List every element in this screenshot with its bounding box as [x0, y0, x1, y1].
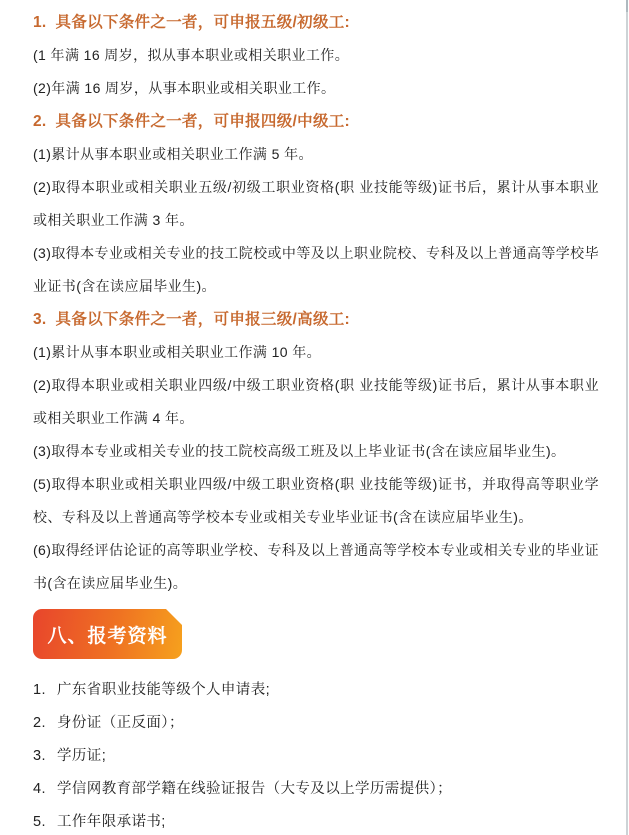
requirement-paragraph: (3)取得本专业或相关专业的技工院校高级工班及以上毕业证书(含在读应届毕业生)。 [33, 435, 599, 468]
section-heading-text: 具备以下条件之一者，可申报五级/初级工: [56, 6, 350, 39]
requirement-paragraph: (1)累计从事本职业或相关职业工作满 5 年。 [33, 138, 599, 171]
requirement-paragraph: (1)累计从事本职业或相关职业工作满 10 年。 [33, 336, 599, 369]
materials-list-item: 4. 学信网教育部学籍在线验证报告（大专及以上学历需提供）； [33, 773, 599, 806]
right-edge-divider [626, 0, 628, 835]
section-badge-label: 八、报考资料 [47, 621, 167, 648]
document-page: 1. 具备以下条件之一者，可申报五级/初级工: (1 年满 16 周岁，拟从事本… [0, 0, 629, 835]
requirement-paragraph: (1 年满 16 周岁，拟从事本职业或相关职业工作。 [33, 39, 599, 72]
materials-list: 1. 广东省职业技能等级个人申请表; 2. 身份证（正反面）； 3. 学历证; … [33, 674, 599, 835]
materials-list-item: 1. 广东省职业技能等级个人申请表; [33, 674, 599, 707]
requirement-paragraph: (2)年满 16 周岁，从事本职业或相关职业工作。 [33, 72, 599, 105]
materials-list-item: 5. 工作年限承诺书; [33, 806, 599, 835]
list-item-text: 学历证; [57, 740, 106, 773]
list-item-number: 1. [33, 674, 57, 707]
requirement-paragraph: (5)取得本职业或相关职业四级/中级工职业资格(职 业技能等级)证书，并取得高等… [33, 468, 599, 534]
section-heading-text: 具备以下条件之一者，可申报四级/中级工: [56, 105, 350, 138]
section-heading-number: 1. [33, 6, 47, 39]
requirement-paragraph: (2)取得本职业或相关职业四级/中级工职业资格(职 业技能等级)证书后，累计从事… [33, 369, 599, 435]
list-item-text: 身份证（正反面）； [57, 707, 184, 740]
right-edge-divider-top [626, 0, 628, 12]
list-item-text: 工作年限承诺书; [57, 806, 166, 835]
list-item-number: 3. [33, 740, 57, 773]
materials-list-item: 3. 学历证; [33, 740, 599, 773]
section-heading-number: 3. [33, 303, 47, 336]
requirement-paragraph: (2)取得本职业或相关职业五级/初级工职业资格(职 业技能等级)证书后，累计从事… [33, 171, 599, 237]
list-item-text: 学信网教育部学籍在线验证报告（大专及以上学历需提供）； [57, 773, 452, 806]
requirement-paragraph: (3)取得本专业或相关专业的技工院校或中等及以上职业院校、专科及以上普通高等学校… [33, 237, 599, 303]
list-item-number: 2. [33, 707, 57, 740]
list-item-number: 5. [33, 806, 57, 835]
section-heading-level3: 3. 具备以下条件之一者，可申报三级/高级工: [33, 303, 599, 336]
list-item-text: 广东省职业技能等级个人申请表; [57, 674, 270, 707]
section-heading-number: 2. [33, 105, 47, 138]
requirement-paragraph: (6)取得经评估论证的高等职业学校、专科及以上普通高等学校本专业或相关专业的毕业… [33, 534, 599, 600]
section-badge-materials: 八、报考资料 [33, 609, 182, 659]
section-heading-level4: 2. 具备以下条件之一者，可申报四级/中级工: [33, 105, 599, 138]
list-item-number: 4. [33, 773, 57, 806]
section-heading-text: 具备以下条件之一者，可申报三级/高级工: [56, 303, 350, 336]
materials-list-item: 2. 身份证（正反面）； [33, 707, 599, 740]
section-heading-level5: 1. 具备以下条件之一者，可申报五级/初级工: [33, 6, 599, 39]
